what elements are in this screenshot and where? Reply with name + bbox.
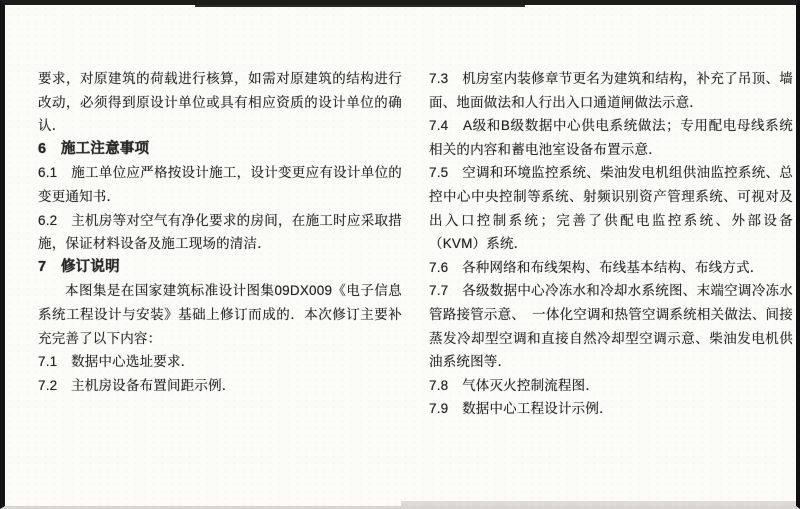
scanned-document-page: 要求，对原建筑的荷载进行核算，如需对原建筑的结构进行改动，必须得到原设计单位或具… bbox=[0, 0, 800, 509]
section-7-intro: 本图集是在国家建筑标准设计图集09DX009《电子信息系统工程设计与安装》基础上… bbox=[38, 279, 402, 350]
clause-7-2: 7.2 主机房设备布置间距示例． bbox=[38, 374, 402, 398]
clause-7-5: 7.5 空调和环境监控系统、柴油发电机组供油监控系统、总控中心中央控制等系统、射… bbox=[429, 161, 793, 255]
scan-artifact-bottom-band bbox=[401, 501, 797, 506]
clause-6-2: 6.2 主机房等对空气有净化要求的房间，在施工时应采取措施，保证材料设备及施工现… bbox=[38, 209, 402, 256]
paragraph-continuation: 要求，对原建筑的荷载进行核算，如需对原建筑的结构进行改动，必须得到原设计单位或具… bbox=[38, 67, 402, 138]
clause-7-1: 7.1 数据中心选址要求． bbox=[38, 350, 402, 374]
clause-7-6: 7.6 各种网络和布线架构、布线基本结构、布线方式． bbox=[429, 256, 793, 280]
clause-7-4: 7.4 A级和B级数据中心供电系统做法；专用配电母线系统相关的内容和蓄电池室设备… bbox=[429, 114, 793, 161]
scan-artifact-top-line bbox=[195, 5, 525, 7]
clause-7-7: 7.7 各级数据中心冷冻水和冷却水系统图、末端空调冷冻水管路接管示意、 一体化空… bbox=[429, 279, 793, 373]
section-heading-7: 7 修订说明 bbox=[38, 256, 402, 280]
left-column: 要求，对原建筑的荷载进行核算，如需对原建筑的结构进行改动，必须得到原设计单位或具… bbox=[38, 67, 402, 421]
clause-7-8: 7.8 气体灭火控制流程图． bbox=[429, 374, 793, 398]
page-content: 要求，对原建筑的荷载进行核算，如需对原建筑的结构进行改动，必须得到原设计单位或具… bbox=[38, 67, 793, 421]
clause-7-3: 7.3 机房室内装修章节更名为建筑和结构，补充了吊顶、墙面、地面做法和人行出入口… bbox=[429, 67, 793, 114]
section-heading-6: 6 施工注意事项 bbox=[38, 138, 402, 162]
clause-7-9: 7.9 数据中心工程设计示例． bbox=[429, 397, 793, 421]
right-column: 7.3 机房室内装修章节更名为建筑和结构，补充了吊顶、墙面、地面做法和人行出入口… bbox=[429, 67, 793, 421]
clause-6-1: 6.1 施工单位应严格按设计施工，设计变更应有设计单位的变更通知书． bbox=[38, 161, 402, 208]
